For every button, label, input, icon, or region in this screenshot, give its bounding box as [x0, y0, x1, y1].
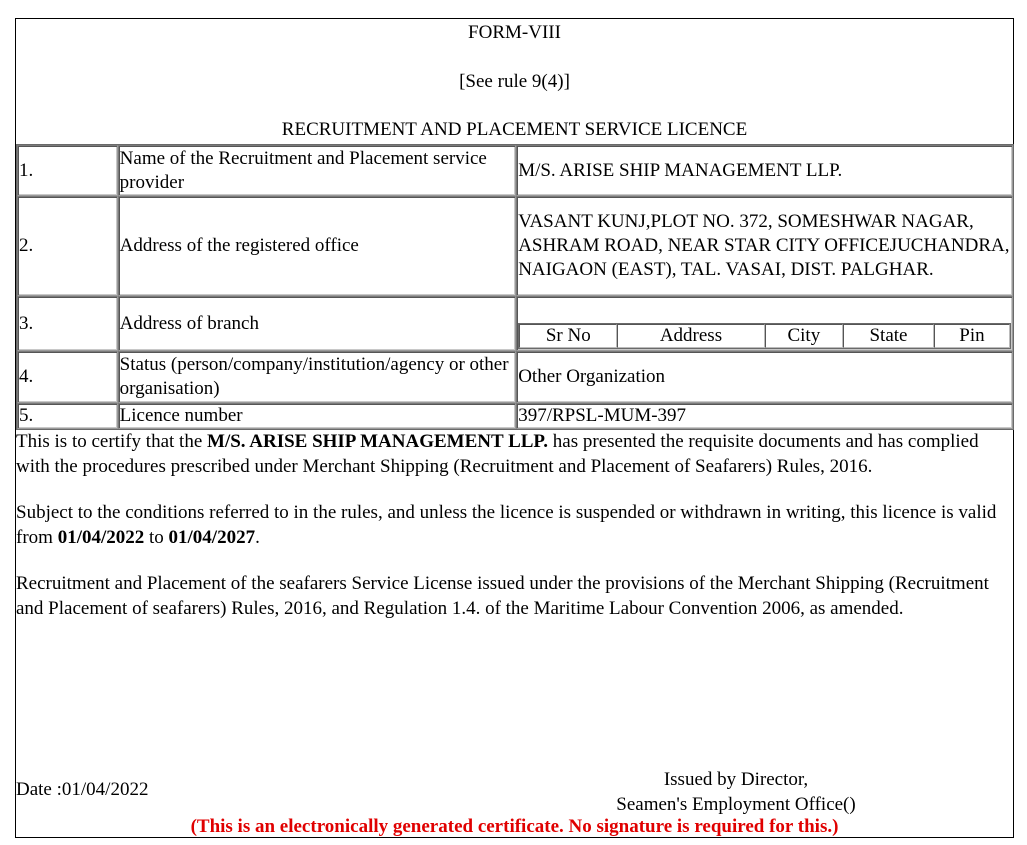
valid-to-date: 01/04/2027 — [169, 527, 256, 548]
row-label: Name of the Recruitment and Placement se… — [118, 145, 517, 196]
table-row: 2. Address of the registered office VASA… — [17, 196, 1013, 296]
table-row: 1. Name of the Recruitment and Placement… — [17, 145, 1013, 196]
table-row: 4. Status (person/company/institution/ag… — [17, 351, 1013, 403]
licence-details-table: 1. Name of the Recruitment and Placement… — [16, 144, 1014, 430]
issuer-block: Issued by Director, Seamen's Employment … — [536, 767, 936, 817]
row-label: Licence number — [118, 403, 517, 429]
row-number: 1. — [17, 145, 118, 196]
branch-address-cell: Sr No Address City State Pin — [516, 296, 1013, 351]
rule-reference: [See rule 9(4)] — [16, 71, 1013, 93]
licence-certificate: FORM-VIII [See rule 9(4)] RECRUITMENT AN… — [15, 18, 1014, 838]
issue-date: Date :01/04/2022 — [16, 779, 148, 801]
electronic-certificate-notice: (This is an electronically generated cer… — [16, 816, 1013, 838]
provisions-paragraph: Recruitment and Placement of the seafare… — [16, 571, 1012, 621]
row-number: 4. — [17, 351, 118, 403]
branch-table: Sr No Address City State Pin — [518, 323, 1011, 349]
status-value: Other Organization — [516, 351, 1013, 403]
licence-number: 397/RPSL-MUM-397 — [516, 403, 1013, 429]
table-row: 3. Address of branch Sr No Address City … — [17, 296, 1013, 351]
row-label: Address of the registered office — [118, 196, 517, 296]
branch-col-pin: Pin — [934, 324, 1010, 348]
row-number: 3. — [17, 296, 118, 351]
company-name: M/S. ARISE SHIP MANAGEMENT LLP. — [207, 431, 548, 452]
branch-col-state: State — [843, 324, 934, 348]
validity-paragraph: Subject to the conditions referred to in… — [16, 500, 1012, 550]
form-title: FORM-VIII — [16, 22, 1013, 44]
provider-name: M/S. ARISE SHIP MANAGEMENT LLP. — [516, 145, 1013, 196]
text: . — [255, 527, 260, 548]
issuer-title: Issued by Director, — [536, 767, 936, 792]
text: to — [144, 527, 168, 548]
registered-office-address: VASANT KUNJ,PLOT NO. 372, SOMESHWAR NAGA… — [516, 196, 1013, 296]
certificate-body: This is to certify that the M/S. ARISE S… — [16, 429, 1012, 642]
table-row: 5. Licence number 397/RPSL-MUM-397 — [17, 403, 1013, 429]
branch-col-srno: Sr No — [519, 324, 617, 348]
branch-table-header: Sr No Address City State Pin — [519, 324, 1010, 348]
text: This is to certify that the — [16, 431, 207, 452]
row-number: 5. — [17, 403, 118, 429]
certification-paragraph: This is to certify that the M/S. ARISE S… — [16, 429, 1012, 479]
row-number: 2. — [17, 196, 118, 296]
row-label: Address of branch — [118, 296, 517, 351]
branch-col-address: Address — [617, 324, 764, 348]
branch-col-city: City — [765, 324, 844, 348]
issuer-office: Seamen's Employment Office() — [536, 792, 936, 817]
row-label: Status (person/company/institution/agenc… — [118, 351, 517, 403]
licence-title: RECRUITMENT AND PLACEMENT SERVICE LICENC… — [16, 119, 1013, 141]
valid-from-date: 01/04/2022 — [58, 527, 145, 548]
